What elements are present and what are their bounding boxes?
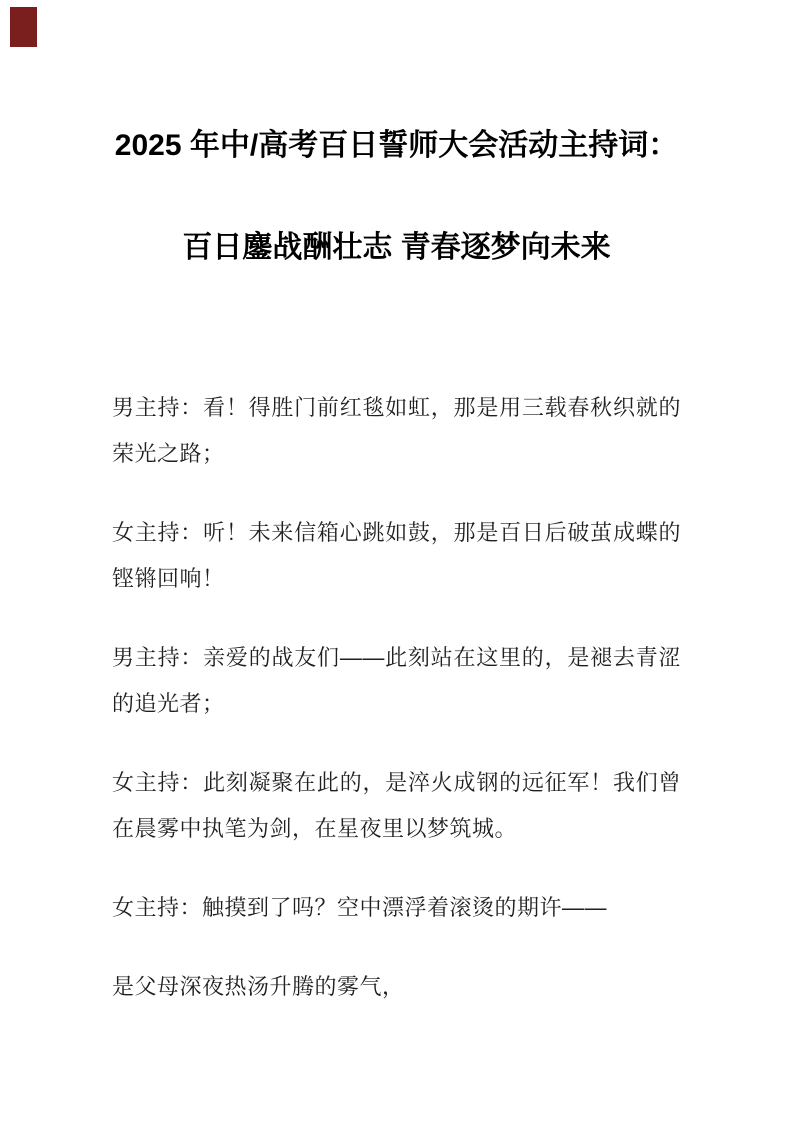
document-subtitle: 百日鏖战酬壮志 青春逐梦向未来 xyxy=(112,228,681,268)
paragraph-female-host-1: 女主持：听！未来信箱心跳如鼓，那是百日后破茧成蝶的铿锵回响！ xyxy=(112,510,681,602)
document-content: 2025 年中/高考百日誓师大会活动主持词： 百日鏖战酬壮志 青春逐梦向未来 男… xyxy=(112,0,681,1043)
paragraph-female-host-2: 女主持：此刻凝聚在此的，是淬火成钢的远征军！我们曾在晨雾中执笔为剑，在星夜里以梦… xyxy=(112,760,681,852)
red-corner-mark xyxy=(10,7,37,47)
document-title: 2025 年中/高考百日誓师大会活动主持词： xyxy=(112,126,681,166)
document-page: 2025 年中/高考百日誓师大会活动主持词： 百日鏖战酬壮志 青春逐梦向未来 男… xyxy=(0,0,793,1122)
paragraph-male-host-2: 男主持：亲爱的战友们——此刻站在这里的，是褪去青涩的追光者； xyxy=(112,635,681,727)
paragraph-continuation: 是父母深夜热汤升腾的雾气， xyxy=(112,964,681,1010)
document-body: 男主持：看！得胜门前红毯如虹，那是用三载春秋织就的荣光之路； 女主持：听！未来信… xyxy=(112,385,681,1010)
paragraph-female-host-3: 女主持：触摸到了吗？空中漂浮着滚烫的期许—— xyxy=(112,885,681,931)
paragraph-male-host-1: 男主持：看！得胜门前红毯如虹，那是用三载春秋织就的荣光之路； xyxy=(112,385,681,477)
